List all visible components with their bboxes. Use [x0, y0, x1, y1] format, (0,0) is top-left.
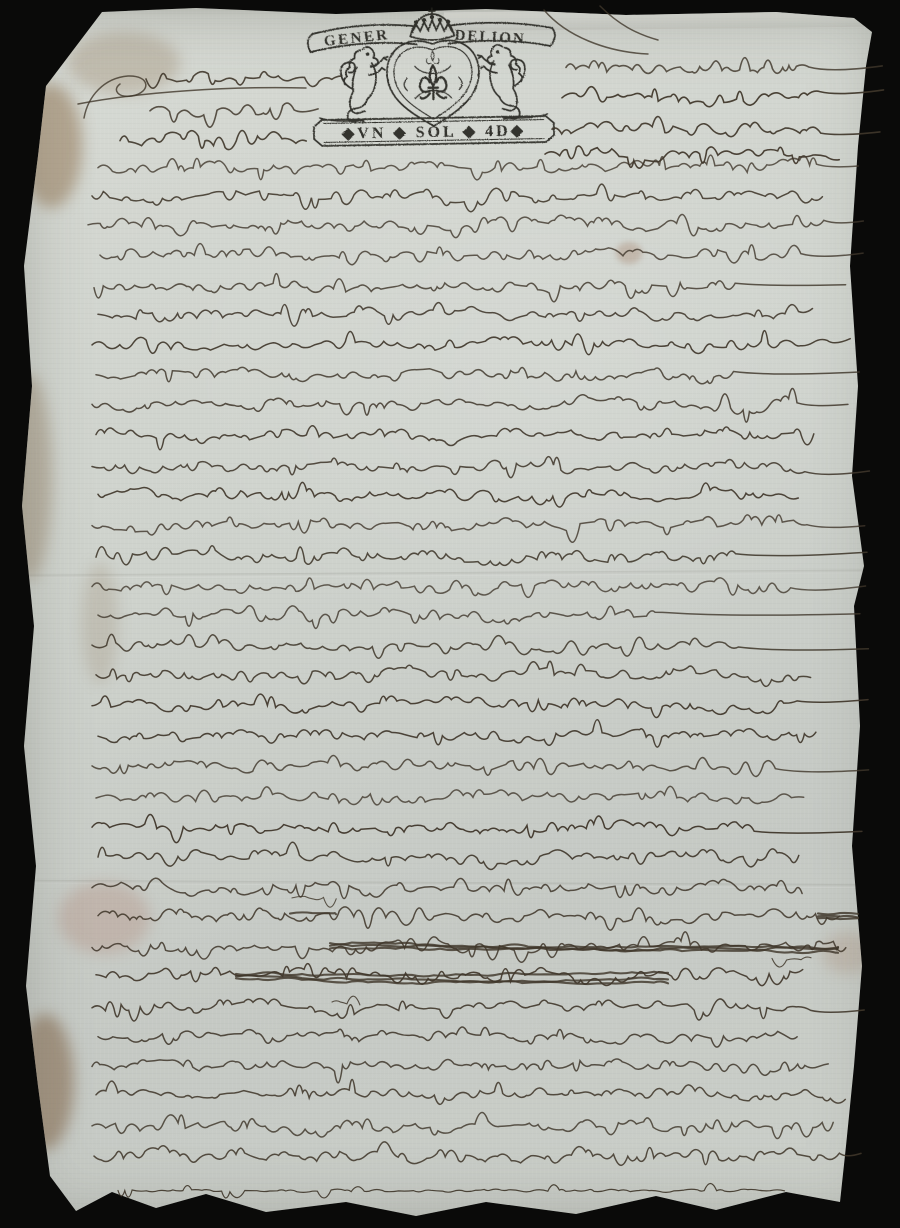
fleur-de-lis-small-icon — [426, 51, 439, 64]
fold-crease-upper — [16, 569, 890, 578]
stain-right-spot — [822, 932, 874, 974]
stain-left-crease — [82, 562, 118, 684]
stain-left-bottom — [16, 1014, 74, 1150]
stain-top-corner — [68, 32, 180, 94]
lion-left-icon — [340, 47, 388, 122]
fleur-de-lis-icon — [420, 65, 447, 99]
photo-background: GENER DELION — [0, 0, 900, 1228]
manuscript-page — [16, 6, 890, 1224]
banner-left-text: GENER — [323, 27, 390, 50]
stain-pink-smudge — [58, 882, 150, 954]
lion-right-icon — [477, 44, 525, 119]
crown-icon — [410, 8, 455, 41]
plinth-text: ◆VN ◆ SOL ◆ 4D◆ — [341, 122, 526, 142]
stain-ink-spot — [616, 242, 642, 264]
shield-icon — [386, 40, 479, 127]
tax-stamp: GENER DELION — [302, 4, 564, 149]
stain-left-top — [20, 84, 82, 208]
fold-crease-lower — [16, 880, 890, 889]
stain-left-middle — [8, 374, 52, 580]
